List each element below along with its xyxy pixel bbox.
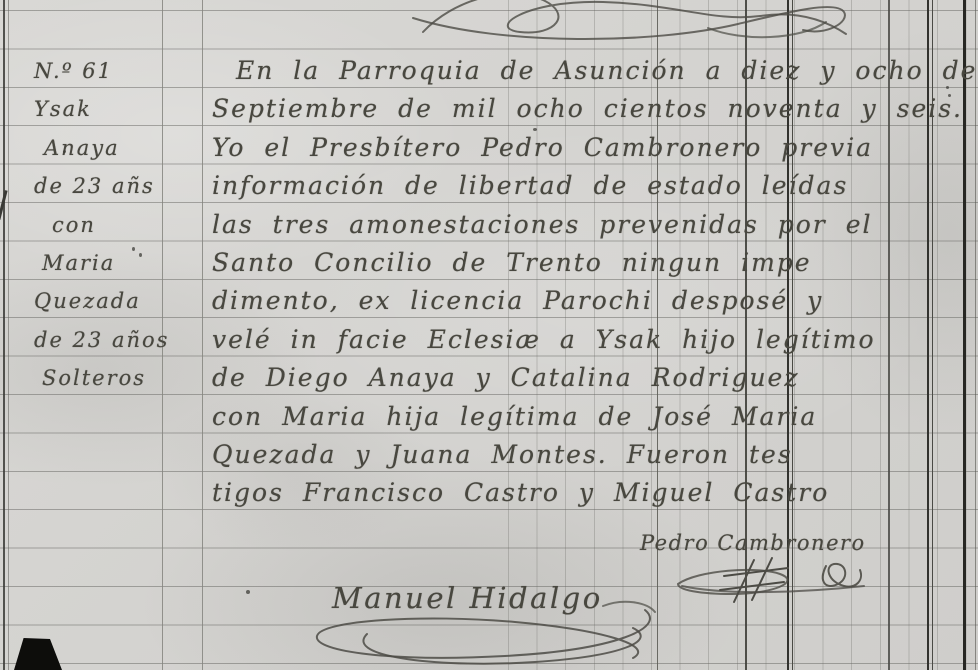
record-text-line: información de libertad de estado leídas	[212, 167, 964, 205]
margin-note-con: con	[34, 206, 194, 244]
record-text-line: dimento, ex licencia Parochi desposé y	[212, 282, 964, 320]
margin-notes: N.º 61 Ysak Anaya de 23 añs con Maria Qu…	[34, 52, 194, 398]
record-text-line: Yo el Presbítero Pedro Cambronero previa	[212, 129, 964, 167]
record-text-line: Santo Concilio de Trento ningun impe	[212, 244, 964, 282]
record-text-line: las tres amonestaciones prevenidas por e…	[212, 206, 964, 244]
ink-speck	[63, 150, 66, 153]
ink-speck	[246, 590, 250, 594]
ink-speck	[132, 247, 135, 251]
ink-speck	[948, 94, 951, 97]
margin-note-status: Solteros	[34, 359, 194, 397]
margin-note-bride-name: Maria	[34, 244, 194, 282]
column-rule	[8, 0, 9, 670]
record-body: En la Parroquia de Asunción a diez y och…	[212, 52, 964, 513]
margin-separator-rule	[202, 0, 203, 670]
record-text-line: Septiembre de mil ocho cientos noventa y…	[212, 90, 964, 128]
record-text-line: tigos Francisco Castro y Miguel Castro	[212, 474, 964, 512]
record-text-line: velé in facie Eclesiæ a Ysak hijo legíti…	[212, 321, 964, 359]
margin-note-bride-age: de 23 años	[34, 321, 194, 359]
priest-rubric-flourish	[668, 556, 873, 604]
margin-note-groom-surname: Anaya	[34, 129, 194, 167]
edge-ink-stroke	[0, 190, 8, 220]
record-text-line: de Diego Anaya y Catalina Rodriguez	[212, 359, 964, 397]
margin-note-groom-name: Ysak	[34, 90, 194, 128]
margin-note-bride-surname: Quezada	[34, 282, 194, 320]
ink-speck	[533, 128, 537, 131]
column-rule	[3, 0, 5, 670]
top-signature-flourish	[408, 0, 858, 48]
scanned-document-page: N.º 61 Ysak Anaya de 23 añs con Maria Qu…	[0, 0, 978, 670]
ink-speck	[139, 253, 142, 257]
margin-note-groom-age: de 23 añs	[34, 167, 194, 205]
record-text-line: Quezada y Juana Montes. Fueron tes	[212, 436, 964, 474]
record-text-line: con Maria hija legítima de José Maria	[212, 398, 964, 436]
record-text-line: En la Parroquia de Asunción a diez y och…	[212, 52, 964, 90]
official-signature: Manuel Hidalgo	[332, 581, 603, 615]
margin-note-number: N.º 61	[34, 52, 194, 90]
ink-blot	[14, 638, 62, 670]
priest-signature: Pedro Cambronero	[640, 531, 866, 555]
ink-speck	[946, 86, 949, 89]
page-edge-rule	[975, 0, 976, 670]
